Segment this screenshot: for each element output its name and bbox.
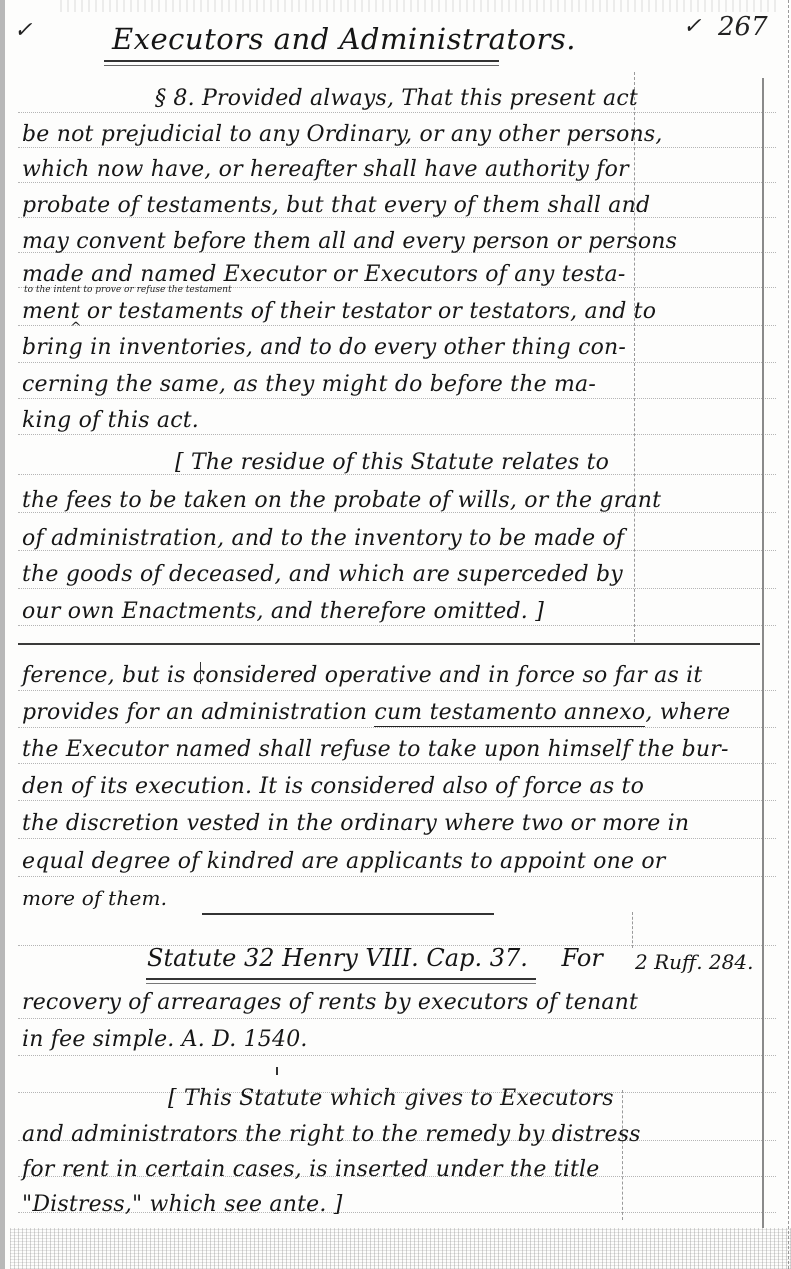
section8-line-5: may convent before them all and every pe… [22, 229, 677, 254]
section8-line-10: king of this act. [22, 408, 199, 433]
ruled-line [18, 1018, 776, 1019]
ruled-line [18, 182, 776, 183]
margin-column-line [634, 72, 635, 642]
residue-note-line-4: the goods of deceased, and which are sup… [22, 562, 623, 587]
section8-line-1: § 8. Provided always, That this present … [155, 86, 638, 111]
continuation-line-1: ference, but is considered operative and… [22, 663, 702, 688]
continuation-line-5: the discretion vested in the ordinary wh… [22, 811, 689, 836]
continuation-line-2-tail: , where [645, 700, 730, 725]
section8-line-9: cerning the same, as they might do befor… [22, 372, 596, 397]
continuation-line-2-text: provides for an administration [22, 700, 374, 725]
page-title: Executors and Administrators. [112, 22, 576, 56]
statute-heading-text: Statute 32 Henry VIII. Cap. 37. [147, 944, 528, 972]
interlinear-note: to the intent to prove or refuse the tes… [24, 285, 232, 295]
ruled-line [18, 362, 776, 363]
statute-heading-tail: For [562, 944, 603, 972]
ruled-line [18, 398, 776, 399]
page-edge-line [788, 0, 789, 1269]
ruled-line [18, 147, 776, 148]
residue-note-line-3: of administration, and to the inventory … [22, 526, 624, 551]
margin-right-border [762, 78, 764, 1228]
ruled-line [18, 588, 776, 589]
short-divider [202, 913, 494, 915]
continuation-line-7: more of them. [22, 886, 167, 910]
latin-phrase: cum testamento annexo [374, 700, 645, 727]
continuation-line-6: equal degree of kindred are applicants t… [22, 849, 666, 874]
scan-noise-bottom [10, 1228, 791, 1269]
continuation-line-3: the Executor named shall refuse to take … [22, 737, 729, 762]
ruled-line [18, 838, 776, 839]
distress-note-line-4: "Distress," which see ante. ] [22, 1192, 343, 1217]
ruled-line [18, 112, 776, 113]
title-underline [104, 60, 499, 66]
section8-line-6: made and named Executor or Executors of … [22, 262, 626, 287]
section-divider [18, 643, 760, 645]
scan-noise-top [60, 0, 780, 12]
ruled-line [18, 763, 776, 764]
margin-column-line [632, 912, 633, 948]
ruled-line [18, 876, 776, 877]
stray-mark [276, 1067, 278, 1075]
section8-line-8: bring in inventories, and to do every ot… [22, 335, 626, 360]
continuation-line-4: den of its execution. It is considered a… [22, 774, 644, 799]
left-checkmark: ✓ [14, 18, 32, 43]
section8-line-4: probate of testaments, but that every of… [22, 193, 650, 218]
section8-line-2: be not prejudicial to any Ordinary, or a… [22, 122, 663, 147]
right-checkmark: ✓ [683, 14, 701, 39]
ruled-line [18, 690, 776, 691]
section8-line-7: ment or testaments of their testator or … [22, 299, 656, 324]
ruled-line [18, 1055, 776, 1056]
residue-note-line-2: the fees to be taken on the probate of w… [22, 488, 661, 513]
margin-column-line [622, 1090, 623, 1220]
statute-heading-underline [146, 978, 536, 984]
insertion-caret: ^ [70, 320, 82, 336]
section8-line-3: which now have, or hereafter shall have … [22, 157, 629, 182]
scan-edge [0, 0, 5, 1269]
page-number: 267 [718, 12, 768, 42]
statute-heading: Statute 32 Henry VIII. Cap. 37. For [147, 944, 603, 972]
residue-note-line-5: our own Enactments, and therefore omitte… [22, 599, 544, 624]
margin-reference: 2 Ruff. 284. [635, 950, 753, 974]
manuscript-page: ✓ ✓ 267 Executors and Administrators. § … [0, 0, 791, 1269]
ruled-line [18, 800, 776, 801]
distress-note-line-1: [ This Statute which gives to Executors [168, 1086, 614, 1111]
distress-note-line-3: for rent in certain cases, is inserted u… [22, 1157, 600, 1182]
statute-line-1: recovery of arrearages of rents by execu… [22, 990, 638, 1015]
distress-note-line-2: and administrators the right to the reme… [22, 1122, 641, 1147]
ruled-line [18, 625, 776, 626]
ruled-line [18, 434, 776, 435]
ruled-line [18, 325, 776, 326]
ruled-line [18, 727, 776, 728]
continuation-line-2: provides for an administration cum testa… [22, 700, 730, 725]
statute-line-2: in fee simple. A. D. 1540. [22, 1027, 308, 1052]
residue-note-line-1: [ The residue of this Statute relates to [175, 450, 609, 475]
